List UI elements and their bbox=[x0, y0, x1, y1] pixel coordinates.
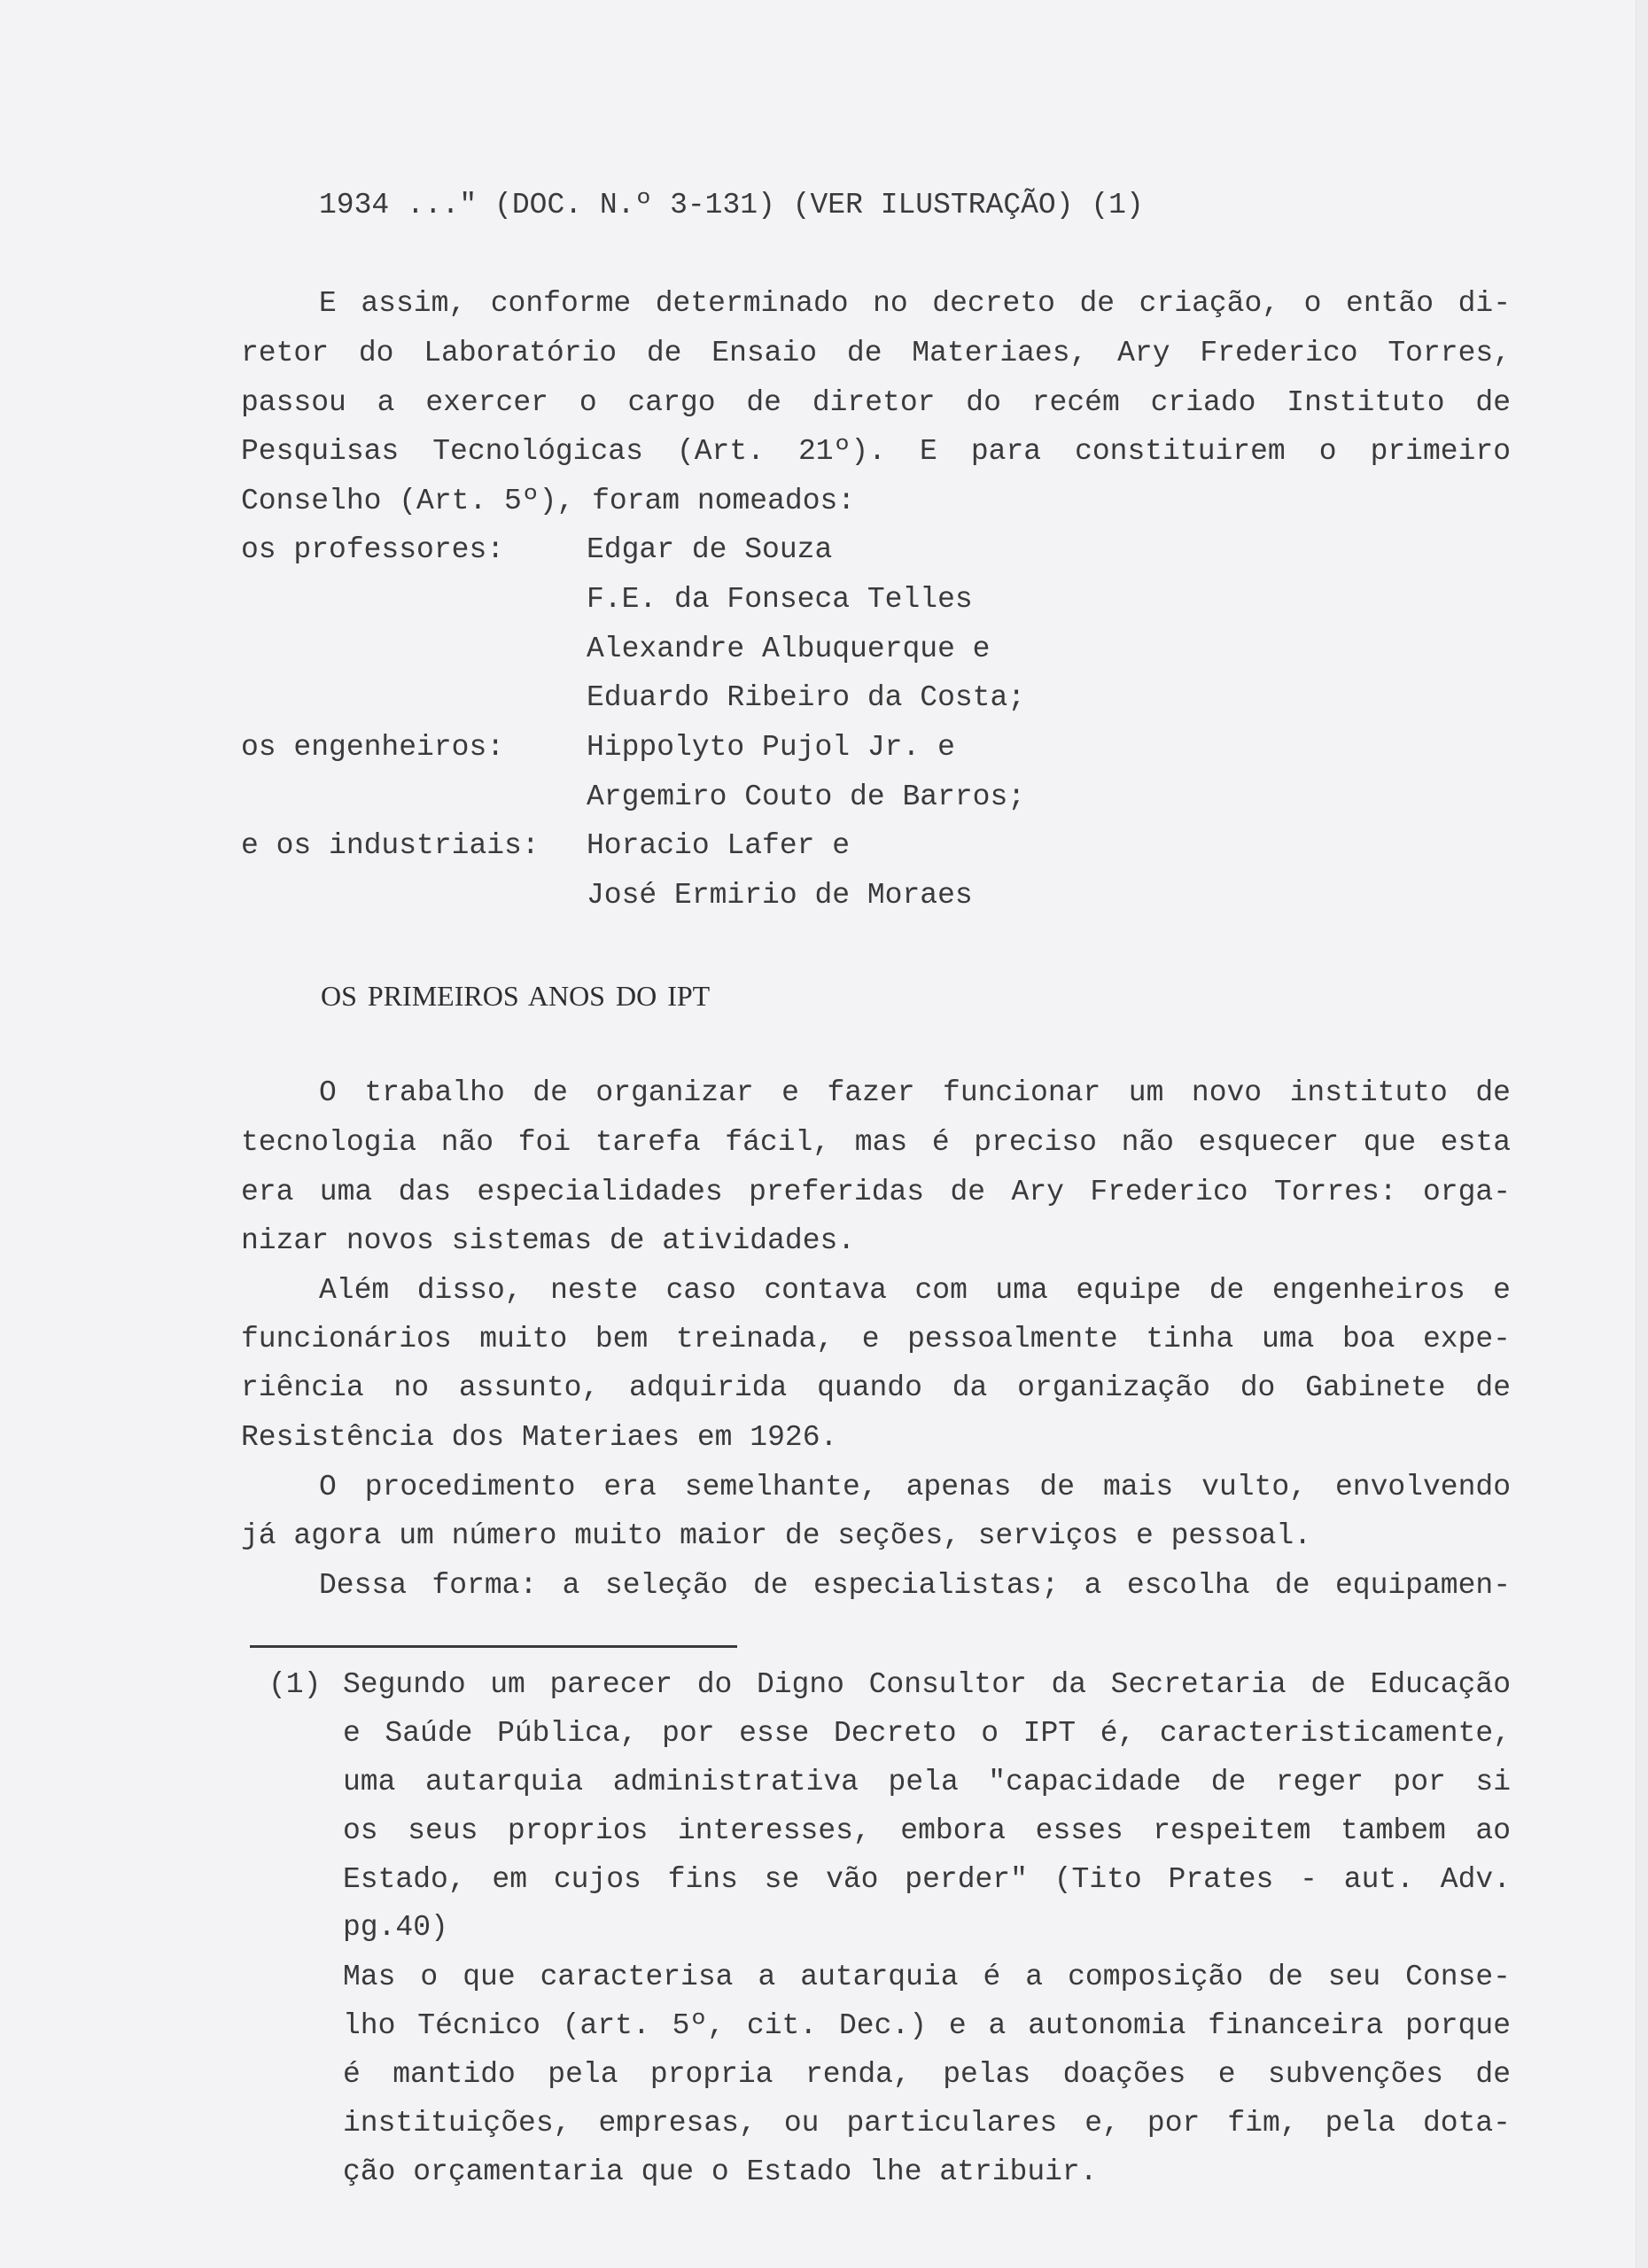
nominee-name: José Ermirio de Moraes bbox=[587, 878, 973, 913]
text-line: Dessa forma: a seleção de especialistas;… bbox=[319, 1568, 1511, 1604]
text-line: Pesquisas Tecnológicas (Art. 21º). E par… bbox=[241, 434, 1511, 470]
text-line: E assim, conforme determinado no decreto… bbox=[319, 286, 1511, 322]
footnote-line: Segundo um parecer do Digno Consultor da… bbox=[343, 1667, 1511, 1703]
footnote-divider bbox=[250, 1645, 737, 1648]
nominee-group-label: e os industriais: bbox=[241, 828, 540, 864]
page-edge bbox=[1636, 0, 1648, 2268]
document-reference-line: 1934 ..." (DOC. N.º 3-131) (VER ILUSTRAÇ… bbox=[319, 188, 1511, 223]
text-line: Resistência dos Materiaes em 1926. bbox=[241, 1420, 1511, 1456]
nominee-name: F.E. da Fonseca Telles bbox=[587, 582, 973, 617]
text-line: era uma das especialidades preferidas de… bbox=[241, 1175, 1511, 1210]
footnote-line: é mantido pela propria renda, pelas doaç… bbox=[343, 2057, 1511, 2093]
nominee-name: Horacio Lafer e bbox=[587, 828, 850, 864]
text-line: retor do Laboratório de Ensaio de Materi… bbox=[241, 336, 1511, 371]
footnote-line: e Saúde Pública, por esse Decreto o IPT … bbox=[343, 1716, 1511, 1751]
text-line: funcionários muito bem treinada, e pesso… bbox=[241, 1322, 1511, 1357]
nominee-name: Argemiro Couto de Barros; bbox=[587, 780, 1025, 815]
text-line: tecnologia não foi tarefa fácil, mas é p… bbox=[241, 1125, 1511, 1161]
text-line: riência no assunto, adquirida quando da … bbox=[241, 1371, 1511, 1406]
nominee-group-label: os engenheiros: bbox=[241, 730, 504, 765]
section-heading: OS PRIMEIROS ANOS DO IPT bbox=[321, 978, 710, 1014]
footnote-line: Estado, em cujos fins se vão perder" (Ti… bbox=[343, 1862, 1511, 1898]
nominee-name: Eduardo Ribeiro da Costa; bbox=[587, 680, 1025, 716]
text-line: nizar novos sistemas de atividades. bbox=[241, 1223, 1511, 1259]
text-line: Além disso, neste caso contava com uma e… bbox=[319, 1273, 1511, 1309]
text-line: já agora um número muito maior de seções… bbox=[241, 1518, 1511, 1554]
nominee-name: Edgar de Souza bbox=[587, 532, 832, 568]
footnote-line: Mas o que caracterisa a autarquia é a co… bbox=[343, 1960, 1511, 1995]
footnote-line: ção orçamentaria que o Estado lhe atribu… bbox=[343, 2155, 1511, 2190]
text-line: passou a exercer o cargo de diretor do r… bbox=[241, 385, 1511, 421]
footnote-marker: (1) bbox=[268, 1667, 339, 1703]
footnote-line: pg.40) bbox=[343, 1910, 1511, 1946]
footnote-line: instituições, empresas, ou particulares … bbox=[343, 2106, 1511, 2141]
text-line: Conselho (Art. 5º), foram nomeados: bbox=[241, 484, 1511, 519]
text-line: O procedimento era semelhante, apenas de… bbox=[319, 1470, 1511, 1505]
footnote-line: uma autarquia administrativa pela "capac… bbox=[343, 1765, 1511, 1800]
footnote-line: lho Técnico (art. 5º, cit. Dec.) e a aut… bbox=[343, 2008, 1511, 2044]
text-line: O trabalho de organizar e fazer funciona… bbox=[319, 1076, 1511, 1111]
nominee-name: Alexandre Albuquerque e bbox=[587, 632, 990, 667]
footnote-line: os seus proprios interesses, embora esse… bbox=[343, 1814, 1511, 1849]
nominee-name: Hippolyto Pujol Jr. e bbox=[587, 730, 955, 765]
nominee-group-label: os professores: bbox=[241, 532, 504, 568]
